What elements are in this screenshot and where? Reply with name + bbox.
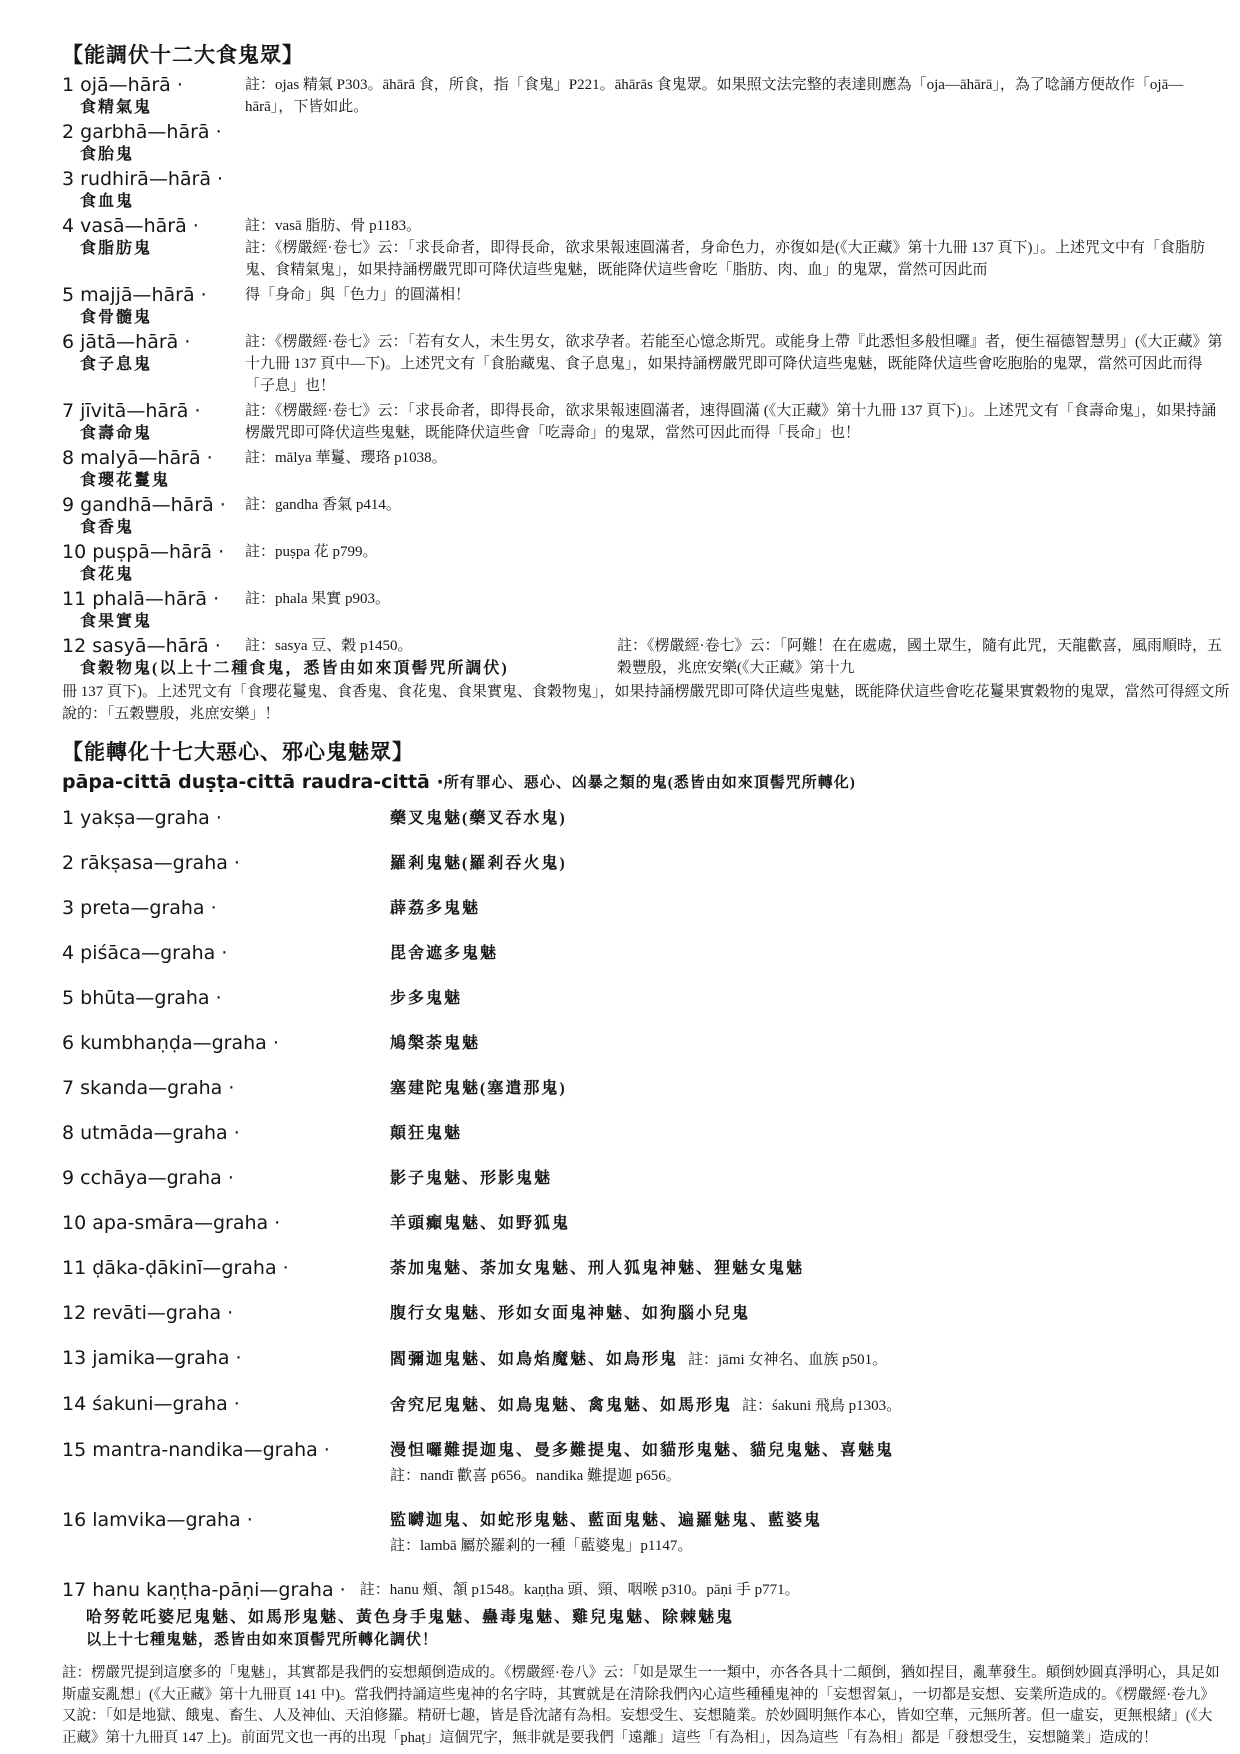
graha-number: 12 (62, 1302, 86, 1324)
ghost-term: 5 majjā—hārā · (62, 283, 245, 307)
graha-number: 3 (62, 897, 74, 919)
seventeen-summary: 以上十七種鬼魅，悉皆由如來頂髻咒所轉化調伏！ (62, 1629, 1230, 1651)
graha-number: 8 (62, 1122, 74, 1144)
ghost-gloss: 食精氣鬼 (62, 97, 245, 118)
graha-term-text: utmāda—graha · (80, 1122, 240, 1144)
ghost-note: 註：phala 果實 p903。 (245, 588, 1230, 610)
graha-term-text: piśāca—graha · (80, 942, 227, 964)
ghost-item-12: 12 sasyā—hārā · 註：sasya 豆、穀 p1450。 註：《楞嚴… (62, 634, 1230, 679)
graha-term: 16 lamvika—graha · (62, 1508, 390, 1557)
ghost-term-text: sasyā—hārā · (92, 635, 221, 657)
ghost-item-9: 9 gandhā—hārā · 食香鬼 註：gandha 香氣 p414。 (62, 493, 1230, 538)
graha-term-text: bhūta—graha · (80, 987, 222, 1009)
section1-header: 【能調伏十二大食鬼眾】 (62, 42, 1230, 69)
ghost-notes (245, 167, 1230, 212)
ghost-item-left: 2 garbhā—hārā · 食胎鬼 (62, 120, 245, 165)
graha-term: 7 skanda—graha · (62, 1076, 390, 1100)
ghost-term-text: gandhā—hārā · (80, 494, 226, 516)
graha-item-6: 6 kumbhaṇḍa—graha · 鳩槃荼鬼魅 (62, 1031, 1230, 1055)
graha-desc: 荼加鬼魅、荼加女鬼魅、刑人狐鬼神魅、狸魅女鬼魅 (390, 1260, 804, 1277)
ghost-term: 9 gandhā—hārā · (62, 493, 245, 517)
graha-term-text: hanu kaṇṭha-pāṇi—graha · (92, 1579, 345, 1601)
graha-term: 4 piśāca—graha · (62, 941, 390, 965)
ghost-note: 註：mālya 華鬘、瓔珞 p1038。 (245, 447, 1230, 469)
graha-term: 11 ḍāka-ḍākinī—graha · (62, 1256, 390, 1280)
ghost-term-text: puṣpā—hārā · (92, 541, 224, 563)
graha-term: 6 kumbhaṇḍa—graha · (62, 1031, 390, 1055)
ghost-term-text: jātā—hārā · (80, 331, 190, 353)
graha-body: 羅剎鬼魅(羅剎吞火鬼) (390, 851, 1230, 875)
graha-body: 漫怛囉難提迦鬼、曼多難提鬼、如貓形鬼魅、貓兒鬼魅、喜魅鬼註：nandī 歡喜 p… (390, 1438, 1230, 1487)
graha-item-1: 1 yakṣa—graha · 藥叉鬼魅(藥叉吞水鬼) (62, 806, 1230, 830)
graha-term-text: śakuni—graha · (92, 1393, 240, 1415)
graha-note: 註：lambā 屬於羅剎的一種「藍婆鬼」p1147。 (390, 1535, 1230, 1557)
graha-term-text: ḍāka-ḍākinī—graha · (92, 1257, 288, 1279)
ghost-note: 註：《楞嚴經·卷七》云：「若有女人，未生男女，欲求孕者。若能至心憶念斯咒。或能身… (245, 331, 1230, 397)
graha-number: 1 (62, 807, 74, 829)
graha-number: 13 (62, 1347, 86, 1369)
ghost-term: 12 sasyā—hārā · (62, 634, 245, 658)
ghost-note: 註：gandha 香氣 p414。 (245, 494, 1230, 516)
graha-number: 10 (62, 1212, 86, 1234)
graha-desc: 腹行女鬼魅、形如女面鬼神魅、如狗腦小兒鬼 (390, 1305, 750, 1322)
graha-note: 註：śakuni 飛鳥 p1303。 (742, 1398, 901, 1414)
ghost-gloss: 食香鬼 (62, 517, 245, 538)
ghost-gloss: 食脂肪鬼 (62, 238, 245, 259)
graha-item-17: 17 hanu kaṇṭha-pāṇi—graha · 註：hanu 頰、頷 p… (62, 1578, 1230, 1602)
graha-body: 步多鬼魅 (390, 986, 1230, 1010)
ghost-item-6: 6 jātā—hārā · 食子息鬼 註：《楞嚴經·卷七》云：「若有女人，未生男… (62, 330, 1230, 397)
ghost-gloss: 食壽命鬼 (62, 423, 245, 444)
ghost-term: 11 phalā—hārā · (62, 587, 245, 611)
graha-term: 8 utmāda—graha · (62, 1121, 390, 1145)
graha-term-text: cchāya—graha · (80, 1167, 234, 1189)
graha-term-text: skanda—graha · (80, 1077, 234, 1099)
graha-term: 13 jamika—graha · (62, 1346, 390, 1371)
ghost-item-3: 3 rudhirā—hārā · 食血鬼 (62, 167, 1230, 212)
ghost-item-4: 4 vasā—hārā · 食脂肪鬼 註：vasā 脂肪、骨 p1183。 註：… (62, 214, 1230, 281)
ghost-term-text: garbhā—hārā · (80, 121, 221, 143)
graha-term: 9 cchāya—graha · (62, 1166, 390, 1190)
graha-desc: 羊頭癲鬼魅、如野狐鬼 (390, 1215, 570, 1232)
graha-term: 17 hanu kaṇṭha-pāṇi—graha · (62, 1578, 346, 1602)
ghost-notes: 註：mālya 華鬘、瓔珞 p1038。 (245, 446, 1230, 491)
graha-term: 3 preta—graha · (62, 896, 390, 920)
ghost-gloss: 食血鬼 (62, 191, 245, 212)
ghost-item-left: 6 jātā—hārā · 食子息鬼 (62, 330, 245, 397)
ghost-item-8: 8 malyā—hārā · 食瓔花鬘鬼 註：mālya 華鬘、瓔珞 p1038… (62, 446, 1230, 491)
graha-number: 6 (62, 1032, 74, 1054)
ghost-term: 1 ojā—hārā · (62, 73, 245, 97)
ghost-notes: 註：《楞嚴經·卷七》云：「求長命者，即得長命，欲求果報速圓滿者，速得圓滿 (《大… (245, 399, 1230, 444)
ghost-note: 註：《楞嚴經·卷七》云：「求長命者，即得長命，欲求果報速圓滿者，速得圓滿 (《大… (245, 400, 1230, 444)
graha-body: 腹行女鬼魅、形如女面鬼神魅、如狗腦小兒鬼 (390, 1301, 1230, 1325)
graha-number: 4 (62, 942, 74, 964)
ghost-term: 3 rudhirā—hārā · (62, 167, 245, 191)
graha-term-text: mantra-nandika—graha · (92, 1439, 330, 1461)
graha-item-3: 3 preta—graha · 薜荔多鬼魅 (62, 896, 1230, 920)
graha-term-text: apa-smāra—graha · (92, 1212, 280, 1234)
graha-number: 5 (62, 987, 74, 1009)
graha-note: 註：jāmi 女神名、血族 p501。 (688, 1352, 887, 1368)
ghost-note: 得「身命」與「色力」的圓滿相！ (245, 284, 1230, 306)
ghost-number: 8 (62, 447, 74, 469)
ghost-item-left: 5 majjā—hārā · 食骨髓鬼 (62, 283, 245, 328)
ghost-term-text: rudhirā—hārā · (80, 168, 223, 190)
ghost-number: 2 (62, 121, 74, 143)
graha-term: 14 śakuni—graha · (62, 1392, 390, 1417)
graha-term: 2 rākṣasa—graha · (62, 851, 390, 875)
graha-item-5: 5 bhūta—graha · 步多鬼魅 (62, 986, 1230, 1010)
graha-item-7: 7 skanda—graha · 塞建陀鬼魅(塞遣那鬼) (62, 1076, 1230, 1100)
graha-item-12: 12 revāti—graha · 腹行女鬼魅、形如女面鬼神魅、如狗腦小兒鬼 (62, 1301, 1230, 1325)
graha-desc: 舍究尼鬼魅、如鳥鬼魅、禽鬼魅、如馬形鬼 (390, 1397, 732, 1414)
ghost-item-left: 7 jīvitā—hārā · 食壽命鬼 (62, 399, 245, 444)
ghost-note: 註：vasā 脂肪、骨 p1183。 (245, 215, 1230, 237)
graha-desc: 毘舍遮多鬼魅 (390, 945, 498, 962)
ghost-notes: 註：vasā 脂肪、骨 p1183。 註：《楞嚴經·卷七》云：「求長命者，即得長… (245, 214, 1230, 281)
graha-body: 影子鬼魅、形影鬼魅 (390, 1166, 1230, 1190)
ghost-item-left: 1 ojā—hārā · 食精氣鬼 (62, 73, 245, 118)
graha-list: 1 yakṣa—graha · 藥叉鬼魅(藥叉吞水鬼) 2 rākṣasa—gr… (62, 806, 1230, 1651)
graha-intro-desc: 所有罪心、惡心、凶暴之類的鬼(悉皆由如來頂髻咒所轉化) (444, 770, 856, 794)
ghost-term: 8 malyā—hārā · (62, 446, 245, 470)
ghost-term-text: malyā—hārā · (80, 447, 213, 469)
graha-body: 塞建陀鬼魅(塞遣那鬼) (390, 1076, 1230, 1100)
ghost-term-text: ojā—hārā · (80, 74, 183, 96)
food-ghost-list: 1 ojā—hārā · 食精氣鬼 註：ojas 精氣 P303。āhārā 食… (62, 73, 1230, 679)
ghost-number: 10 (62, 541, 86, 563)
graha-note: 註：hanu 頰、頷 p1548。kaṇṭha 頭、頸、咽喉 p310。pāṇi… (360, 1578, 800, 1602)
ghost-number: 5 (62, 284, 74, 306)
graha-body: 荼加鬼魅、荼加女鬼魅、刑人狐鬼神魅、狸魅女鬼魅 (390, 1256, 1230, 1280)
graha-desc: 監嚩迦鬼、如蛇形鬼魅、藍面鬼魅、遍羅魅鬼、藍婆鬼 (390, 1512, 822, 1529)
graha-body: 顛狂鬼魅 (390, 1121, 1230, 1145)
graha-item-11: 11 ḍāka-ḍākinī—graha · 荼加鬼魅、荼加女鬼魅、刑人狐鬼神魅… (62, 1256, 1230, 1280)
ghost-term: 6 jātā—hārā · (62, 330, 245, 354)
ghost-number: 11 (62, 588, 86, 610)
graha-item-8: 8 utmāda—graha · 顛狂鬼魅 (62, 1121, 1230, 1145)
graha-number: 11 (62, 1257, 86, 1279)
graha-body: 毘舍遮多鬼魅 (390, 941, 1230, 965)
graha-number: 7 (62, 1077, 74, 1099)
graha-intro-term: pāpa-cittā duṣṭa-cittā raudra-cittā · (62, 770, 444, 794)
graha-number: 15 (62, 1439, 86, 1461)
ghost-number: 9 (62, 494, 74, 516)
graha-desc: 鳩槃荼鬼魅 (390, 1035, 480, 1052)
ghost-item-left: 3 rudhirā—hārā · 食血鬼 (62, 167, 245, 212)
ghost-notes: 註：《楞嚴經·卷七》云：「若有女人，未生男女，欲求孕者。若能至心憶念斯咒。或能身… (245, 330, 1230, 397)
graha-number: 9 (62, 1167, 74, 1189)
graha-term-text: preta—graha · (80, 897, 217, 919)
ghost-item-7: 7 jīvitā—hārā · 食壽命鬼 註：《楞嚴經·卷七》云：「求長命者，即… (62, 399, 1230, 444)
ghost-notes: 得「身命」與「色力」的圓滿相！ (245, 283, 1230, 328)
final-note-paragraph: 註：楞嚴咒提到這麼多的「鬼魅」，其實都是我們的妄想顛倒造成的。《楞嚴經·卷八》云… (62, 1663, 1222, 1749)
graha-desc: 薜荔多鬼魅 (390, 900, 480, 917)
graha-term: 15 mantra-nandika—graha · (62, 1438, 390, 1487)
ghost-notes: 註：gandha 香氣 p414。 (245, 493, 1230, 538)
ghost-notes (245, 120, 1230, 165)
ghost-item-left: 10 puṣpā—hārā · 食花鬼 (62, 540, 245, 585)
graha-desc: 塞建陀鬼魅(塞遣那鬼) (390, 1080, 567, 1097)
ghost-term-text: majjā—hārā · (80, 284, 207, 306)
ghost-term: 4 vasā—hārā · (62, 214, 245, 238)
graha-item-13: 13 jamika—graha · 閻彌迦鬼魅、如鳥焰魔魅、如鳥形鬼註：jāmi… (62, 1346, 1230, 1371)
graha-item-16: 16 lamvika—graha · 監嚩迦鬼、如蛇形鬼魅、藍面鬼魅、遍羅魅鬼、… (62, 1508, 1230, 1557)
graha-intro-row: pāpa-cittā duṣṭa-cittā raudra-cittā · 所有… (62, 770, 1230, 794)
ghost-gloss: 食果實鬼 (62, 611, 245, 632)
graha-body: 閻彌迦鬼魅、如鳥焰魔魅、如鳥形鬼註：jāmi 女神名、血族 p501。 (390, 1346, 1230, 1371)
ghost-term-text: vasā—hārā · (80, 215, 199, 237)
graha-term: 12 revāti—graha · (62, 1301, 390, 1325)
graha-term: 10 apa-smāra—graha · (62, 1211, 390, 1235)
ghost-item-11: 11 phalā—hārā · 食果實鬼 註：phala 果實 p903。 (62, 587, 1230, 632)
ghost-notes: 註：ojas 精氣 P303。āhārā 食，所食，指「食鬼」P221。āhār… (245, 73, 1230, 118)
ghost-gloss: 食瓔花鬘鬼 (62, 470, 245, 491)
ghost-gloss: 食子息鬼 (62, 354, 245, 375)
document-page: 【能調伏十二大食鬼眾】 1 ojā—hārā · 食精氣鬼 註：ojas 精氣 … (0, 0, 1240, 1754)
ghost-number: 6 (62, 331, 74, 353)
ghost-term: 10 puṣpā—hārā · (62, 540, 245, 564)
ghost-number: 4 (62, 215, 74, 237)
graha-item-4: 4 piśāca—graha · 毘舍遮多鬼魅 (62, 941, 1230, 965)
graha-body: 薜荔多鬼魅 (390, 896, 1230, 920)
graha-body: 舍究尼鬼魅、如鳥鬼魅、禽鬼魅、如馬形鬼註：śakuni 飛鳥 p1303。 (390, 1392, 1230, 1417)
ghost-note: 註：ojas 精氣 P303。āhārā 食，所食，指「食鬼」P221。āhār… (245, 74, 1230, 118)
ghost-term-text: jīvitā—hārā · (80, 400, 200, 422)
ghost-number: 7 (62, 400, 74, 422)
graha-term-text: yakṣa—graha · (80, 807, 222, 829)
graha-body: 羊頭癲鬼魅、如野狐鬼 (390, 1211, 1230, 1235)
graha-desc: 藥叉鬼魅(藥叉吞水鬼) (390, 810, 567, 827)
ghost-item-left: 8 malyā—hārā · 食瓔花鬘鬼 (62, 446, 245, 491)
ghost-gloss: 食花鬼 (62, 564, 245, 585)
graha-note: 註：nandī 歡喜 p656。nandika 難提迦 p656。 (390, 1465, 1230, 1487)
graha-item-15: 15 mantra-nandika—graha · 漫怛囉難提迦鬼、曼多難提鬼、… (62, 1438, 1230, 1487)
ghost-number: 1 (62, 74, 74, 96)
graha-term-text: revāti—graha · (92, 1302, 233, 1324)
ghost-item-10: 10 puṣpā—hārā · 食花鬼 註：puṣpa 花 p799。 (62, 540, 1230, 585)
graha-item-14: 14 śakuni—graha · 舍究尼鬼魅、如鳥鬼魅、禽鬼魅、如馬形鬼註：ś… (62, 1392, 1230, 1417)
graha-desc: 步多鬼魅 (390, 990, 462, 1007)
ghost-item-2: 2 garbhā—hārā · 食胎鬼 (62, 120, 1230, 165)
ghost-term: 7 jīvitā—hārā · (62, 399, 245, 423)
graha-desc: 漫怛囉難提迦鬼、曼多難提鬼、如貓形鬼魅、貓兒鬼魅、喜魅鬼 (390, 1442, 894, 1459)
ghost-gloss: 食胎鬼 (62, 144, 245, 165)
ghost-item-left: 11 phalā—hārā · 食果實鬼 (62, 587, 245, 632)
graha-number: 16 (62, 1509, 86, 1531)
graha-term: 5 bhūta—graha · (62, 986, 390, 1010)
graha-desc: 顛狂鬼魅 (390, 1125, 462, 1142)
graha-term-text: kumbhaṇḍa—graha · (80, 1032, 279, 1054)
graha-item-2: 2 rākṣasa—graha · 羅剎鬼魅(羅剎吞火鬼) (62, 851, 1230, 875)
graha-number: 17 (62, 1579, 86, 1601)
graha-body: 監嚩迦鬼、如蛇形鬼魅、藍面鬼魅、遍羅魅鬼、藍婆鬼註：lambā 屬於羅剎的一種「… (390, 1508, 1230, 1557)
graha-term-text: jamika—graha · (92, 1347, 241, 1369)
graha-item-9: 9 cchāya—graha · 影子鬼魅、形影鬼魅 (62, 1166, 1230, 1190)
ghost-note: 註：《楞嚴經·卷七》云：「阿難！在在處處，國土眾生，隨有此咒，天龍歡喜，風雨順時… (617, 634, 1230, 679)
graha-term: 1 yakṣa—graha · (62, 806, 390, 830)
graha-desc: 羅剎鬼魅(羅剎吞火鬼) (390, 855, 567, 872)
ghost-number: 3 (62, 168, 74, 190)
ghost-note: 註：《楞嚴經·卷七》云：「求長命者，即得長命，欲求果報速圓滿者，身命色力，亦復如… (245, 237, 1230, 281)
section2-header: 【能轉化十七大惡心、邪心鬼魅眾】 (62, 739, 1230, 766)
graha-item-10: 10 apa-smāra—graha · 羊頭癲鬼魅、如野狐鬼 (62, 1211, 1230, 1235)
graha-body: 鳩槃荼鬼魅 (390, 1031, 1230, 1055)
section1-footer-paragraph: 冊 137 頁下)。上述咒文有「食瓔花鬘鬼、食香鬼、食花鬼、食果實鬼、食穀物鬼」… (62, 681, 1230, 725)
ghost-notes: 註：puṣpa 花 p799。 (245, 540, 1230, 585)
ghost-term: 2 garbhā—hārā · (62, 120, 245, 144)
graha-body: 藥叉鬼魅(藥叉吞水鬼) (390, 806, 1230, 830)
ghost-item-5: 5 majjā—hārā · 食骨髓鬼 得「身命」與「色力」的圓滿相！ (62, 283, 1230, 328)
ghost-note: 註：puṣpa 花 p799。 (245, 541, 1230, 563)
ghost-notes: 註：phala 果實 p903。 (245, 587, 1230, 632)
graha-number: 14 (62, 1393, 86, 1415)
ghost-gloss: 食骨髓鬼 (62, 307, 245, 328)
ghost-number: 12 (62, 635, 86, 657)
graha-term-text: rākṣasa—graha · (80, 852, 240, 874)
graha-number: 2 (62, 852, 74, 874)
graha-item-17-desc: 哈努乾吒婆尼鬼魅、如馬形鬼魅、黃色身手鬼魅、蠱毒鬼魅、雞兒鬼魅、除棘魅鬼 (62, 1606, 1230, 1629)
graha-term-text: lamvika—graha · (92, 1509, 253, 1531)
ghost-item-left: 4 vasā—hārā · 食脂肪鬼 (62, 214, 245, 281)
graha-desc: 影子鬼魅、形影鬼魅 (390, 1170, 552, 1187)
ghost-item-1: 1 ojā—hārā · 食精氣鬼 註：ojas 精氣 P303。āhārā 食… (62, 73, 1230, 118)
ghost-gloss: 食穀物鬼(以上十二種食鬼，悉皆由如來頂髻咒所調伏) (62, 658, 617, 679)
ghost-note: 註：sasya 豆、穀 p1450。 (245, 634, 617, 658)
ghost-item-left: 9 gandhā—hārā · 食香鬼 (62, 493, 245, 538)
graha-desc: 閻彌迦鬼魅、如鳥焰魔魅、如鳥形鬼 (390, 1351, 678, 1368)
ghost-term-text: phalā—hārā · (92, 588, 219, 610)
